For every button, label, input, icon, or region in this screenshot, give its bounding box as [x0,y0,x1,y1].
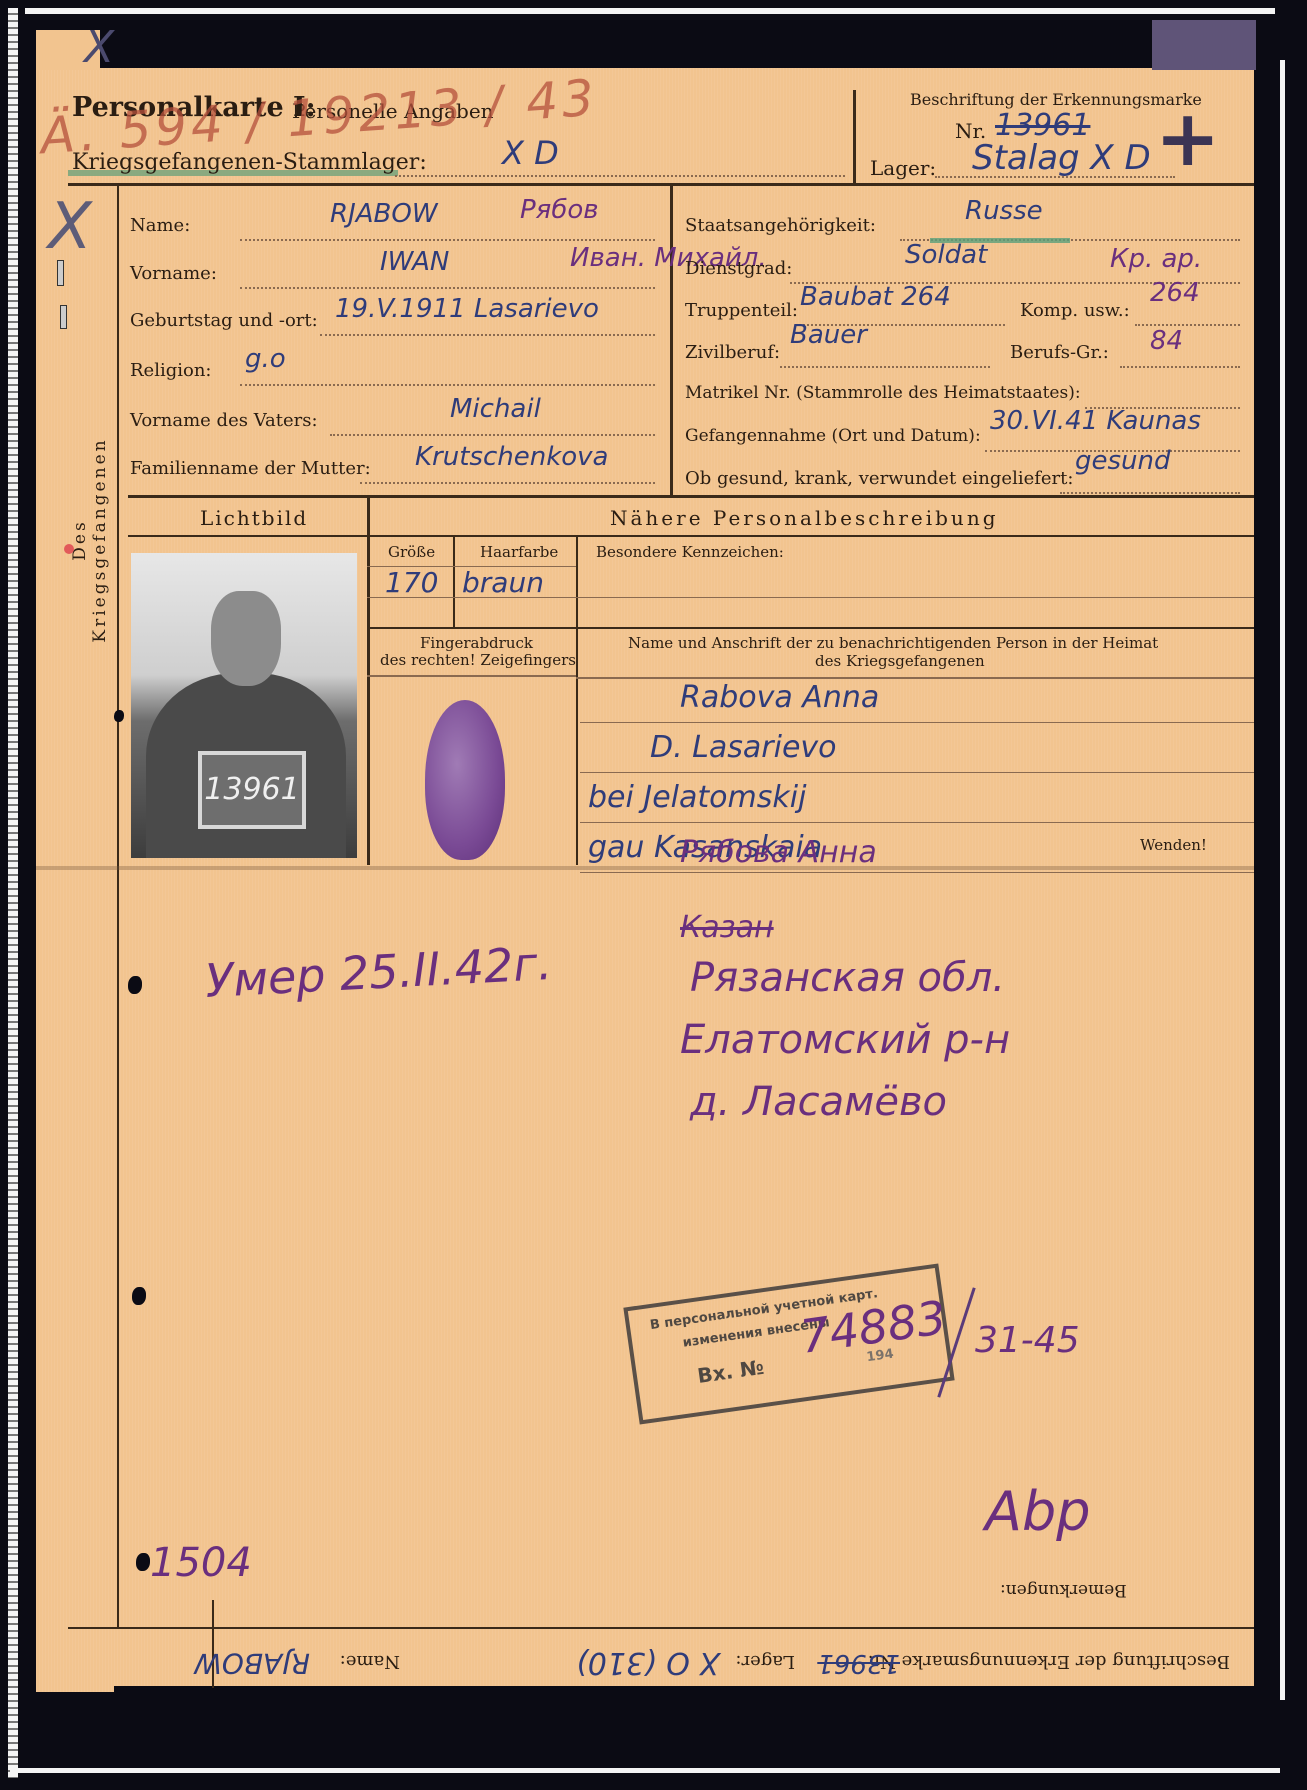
personal-field-value: RJABOW [330,199,438,229]
dotted-line [240,287,655,289]
staple-icon [57,260,64,286]
bottom-left-note: 1504 [150,1540,252,1586]
punch-hole [136,1553,150,1571]
tag-lager-label: Lager: [870,156,936,180]
contact-header-2: des Kriegsgefangenen [815,652,985,670]
height-col-line [453,535,455,627]
service-field-value: Soldat [905,240,987,270]
service-field-label: Dienstgrad: [685,258,792,279]
fingerprint-section-line [367,627,1254,629]
service-field-note: Кр. ар. [1110,244,1202,274]
color-swatch [1152,20,1256,70]
fingerprint-label-2: des rechten! Zeigefingers [380,651,576,669]
footer-tag-label: Beschriftung der Erkennungsmarke Nr. [868,1651,1230,1672]
personal-field-label: Name: [130,215,190,236]
contact-line: D. Lasarievo [650,730,837,765]
service-field-value: Russe [965,196,1043,226]
address-line: д. Ласамёво [690,1079,947,1125]
punch-hole [132,1287,146,1305]
scan-border-left [8,8,18,1778]
signature: Abp [985,1480,1091,1543]
hair-label: Haarfarbe [480,543,558,561]
stamp-date: 31-45 [975,1320,1080,1361]
contact-rule [580,822,1254,823]
service-field-value: gesund [1075,446,1171,476]
description-header-line [367,535,1254,537]
stamp-line-3: Вх. № [696,1355,765,1388]
contact-rule [580,772,1254,773]
service-field-label: Staatsangehörigkeit: [685,215,876,236]
contact-rule [580,872,1254,873]
bottom-notch [114,1686,1254,1698]
service-field-value: 30.VI.41 Kaunas [990,406,1201,436]
photo-head [211,591,281,686]
address-line: Рязанская обл. [690,955,1005,1001]
top-left-x-mark: X [84,22,114,73]
staple-icon [60,305,67,329]
hair-value: braun [462,566,544,599]
personal-field-value: 19.V.1911 Lasarievo [335,294,599,324]
size-row-line-2 [367,597,576,598]
remarks-label: Bemerkungen: [1000,1580,1127,1600]
service-field-label: Komp. usw.: [1020,300,1130,321]
photo-header-line [128,535,367,537]
prisoner-photo: 13961 [131,553,357,858]
personal-field-value: IWAN [380,247,449,277]
fingerprint-label-1: Fingerabdruck [420,634,533,652]
tag-lager-value: Stalag X D [972,138,1151,178]
personal-field-value: Michail [450,394,541,424]
footer-line [68,1627,1254,1629]
header-divider [853,90,856,183]
dotted-line [1060,492,1240,494]
turn-over-label: Wenden! [1140,836,1207,854]
contact-rule [580,722,1254,723]
address-line: Елатомский р-н [680,1017,1010,1063]
side-label: Des Kriegsgefangenen [70,430,110,650]
personal-field-value: Krutschenkova [415,442,609,472]
fold-line [36,866,1254,870]
footer-lager-label: Lager: [735,1651,795,1672]
scan-border-top [25,8,1275,14]
personal-field-label: Familienname der Mutter: [130,458,371,479]
service-field-value: Baubat 264 [800,282,951,312]
service-field-value: 264 [1150,278,1200,308]
hair-col-line [576,535,578,865]
red-dot [64,544,74,554]
contact-ru-name: Рябова Анна [680,835,877,870]
height-label: Größe [388,543,435,561]
photo-slate: 13961 [198,751,306,829]
dotted-line [330,434,655,436]
service-field-label: Zivilberuf: [685,342,780,363]
cross-mark-icon: + [1155,100,1220,178]
dotted-line [360,482,655,484]
left-strip-line [117,183,119,1627]
personal-divider [670,183,673,495]
green-underline [930,238,1070,243]
height-value: 170 [385,566,438,599]
dotted-line [320,334,655,336]
dotted-line [780,366,990,368]
service-field-label: Matrikel Nr. (Stammrolle des Heimatstaat… [685,383,1081,403]
photo-column-line [367,495,370,865]
service-field-label: Truppenteil: [685,300,798,321]
footer-lager-value: X O (310) [576,1645,720,1680]
personal-field-value-ru: Рябов [520,195,599,225]
side-x-mark: X [48,190,92,264]
camp-dotted [395,175,845,177]
contact-header-1: Name und Anschrift der zu benachrichtige… [628,634,1158,652]
service-field-value: Bauer [790,320,867,350]
footer-strip: Beschriftung der Erkennungsmarke Nr. 139… [80,1632,1230,1682]
contact-header-line [576,677,1254,679]
personal-field-label: Vorname des Vaters: [130,410,318,431]
footer-tag-value: 13961 [817,1648,900,1678]
dotted-line [240,384,655,386]
address-struck: Казан [680,910,774,945]
punch-hole [128,976,142,994]
personal-field-label: Religion: [130,360,212,381]
service-field-label: Gefangennahme (Ort und Datum): [685,426,981,446]
dotted-line [240,239,655,241]
service-field-value: 84 [1150,326,1183,356]
scan-border-right [1280,60,1285,1700]
personal-field-label: Vorname: [130,263,217,284]
service-field-label: Ob gesund, krank, verwundet eingeliefert… [685,468,1073,489]
contact-line: Rabova Anna [680,680,879,715]
marks-line [576,597,1254,598]
contact-line: bei Jelatomskij [588,780,806,815]
footer-name-value: RJABOW [194,1647,310,1680]
punch-hole [114,710,124,722]
fingerprint-header-line [367,675,576,677]
marks-label: Besondere Kennzeichen: [596,543,784,561]
camp-value: X D [502,134,559,172]
personal-field-label: Geburtstag und -ort: [130,310,318,331]
fingerprint [425,700,505,860]
header-bottom-line [68,183,1254,186]
personal-bottom-line [128,495,1254,498]
dotted-line [1120,366,1240,368]
personal-field-value: g.o [245,344,286,374]
photo-header: Lichtbild [200,506,308,530]
footer-name-label: Name: [340,1651,400,1672]
service-field-label: Berufs-Gr.: [1010,342,1109,363]
description-header: Nähere Personalbeschreibung [610,506,999,530]
scan-border-bottom [10,1768,1280,1773]
